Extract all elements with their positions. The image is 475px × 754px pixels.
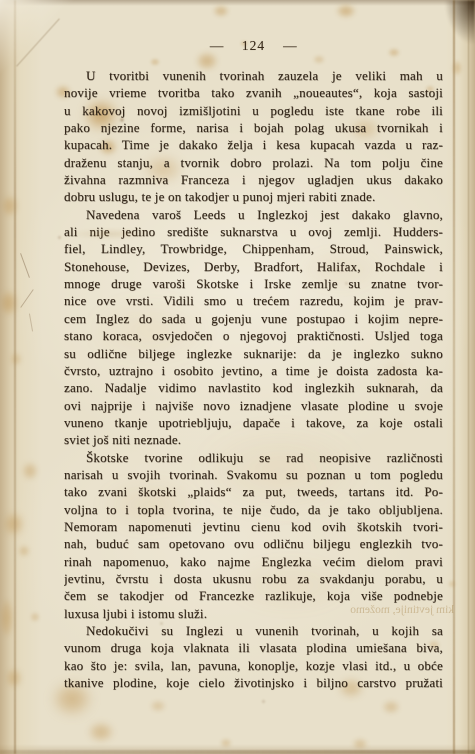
stain xyxy=(150,58,160,66)
text-line: jevtinu, čvrstu i dosta ukusnu robu za s… xyxy=(64,570,443,587)
text-line: cem Inglez do sada u gojenju vune postup… xyxy=(64,310,443,327)
stain xyxy=(213,5,229,17)
stain xyxy=(336,4,356,18)
page-text: U tvoritbi vunenih tvorinah zauzela je v… xyxy=(64,67,443,691)
text-line: nice ove vrsti. Vidili smo u trećem razr… xyxy=(64,292,443,309)
text-line: tako zvani škotski „plaids“ za put, twee… xyxy=(64,483,443,500)
text-line: kao što je: svila, lan, pavuna, konoplje… xyxy=(64,657,443,674)
book-page: —124— U tvoritbi vunenih tvorinah zauzel… xyxy=(0,0,475,754)
ink-speck xyxy=(58,236,61,239)
stain xyxy=(352,738,368,750)
stain xyxy=(313,55,325,64)
text-line: narisah u svojih tvorinah. Svakomu su po… xyxy=(64,466,443,483)
stain xyxy=(22,462,38,480)
stain xyxy=(448,580,456,588)
text-line: mnoge druge varoši Skotske i Irske zemlj… xyxy=(64,275,443,292)
text-line: novije vrieme tvoritba tako zvanih „noue… xyxy=(64,84,443,101)
ghost-smudge xyxy=(66,228,156,240)
text-line: vuneno tkanje upotriebljuju, dapače i ta… xyxy=(64,414,443,431)
folio-dash-right: — xyxy=(283,38,297,53)
page-number: 124 xyxy=(242,38,265,53)
text-line: stano koraca, osvjedočen o njegovoj prak… xyxy=(64,327,443,344)
text-line: kupacah. Time je dakako želja i kesa kup… xyxy=(64,136,443,153)
text-line: nah, buduć sam opetovano ovu odličnu bil… xyxy=(64,535,443,552)
text-line: U tvoritbi vunenih tvorinah zauzela je v… xyxy=(64,67,443,84)
paper-crack xyxy=(29,314,33,332)
dark-corner-top-right xyxy=(445,0,475,44)
text-line: zano. Nadalje vidimo navlastito kod ingl… xyxy=(64,379,443,396)
stain xyxy=(30,612,40,622)
text-line: vunom druga koja vlaknata ili vlasata pl… xyxy=(64,639,443,656)
text-line: Navedena varoš Leeds u Inglezkoj jest da… xyxy=(64,206,443,223)
stain xyxy=(0,598,14,638)
stain xyxy=(220,738,232,748)
text-line: ovi najprije i najviše novo iznadjene vl… xyxy=(64,397,443,414)
text-line: Škotske tvorine odlikuju se rad neopisiv… xyxy=(64,449,443,466)
text-line: voljna to i topla tvorina, te nije čudo,… xyxy=(64,501,443,518)
text-line: pako njezine forme, narisa i bojah polag… xyxy=(64,119,443,136)
page-edge-left xyxy=(14,0,16,754)
text-line: tkanive plodine, koje cielo životinjsko … xyxy=(64,674,443,691)
page-edge-right-outer xyxy=(468,0,469,754)
stain xyxy=(18,545,30,557)
text-line: čem se takodjer od Francezke razlikuje, … xyxy=(64,587,443,604)
stain xyxy=(2,195,18,217)
page-header: —124— xyxy=(64,38,443,56)
text-line: dobru uslugu, te je on takodjer u punoj … xyxy=(64,188,443,205)
paper-crack xyxy=(20,253,30,278)
page-edge-bottom xyxy=(0,750,475,754)
folio-dash-left: — xyxy=(210,38,224,53)
stain xyxy=(382,700,400,714)
stain xyxy=(452,60,462,76)
ink-speck xyxy=(262,700,265,703)
page-edge-right xyxy=(453,0,455,754)
fold-crease-line xyxy=(16,18,60,66)
stain xyxy=(4,512,24,536)
ghost-text-showthrough: kim jevtinije, možemo xyxy=(312,604,454,618)
stain xyxy=(150,700,166,712)
text-line: Stonehouse, Devizes, Derby, Bradfort, Ha… xyxy=(64,258,443,275)
text-line: živahna razmniva Franceza i njegov uglad… xyxy=(64,171,443,188)
text-line: su odlične biljege inglezke suknarije: d… xyxy=(64,345,443,362)
stain xyxy=(88,722,114,742)
paper-crack xyxy=(20,289,33,308)
stain xyxy=(10,352,22,366)
text-line: Nemoram napomenuti jevtinu cienu kod ovi… xyxy=(64,518,443,535)
text-line: čvrsto, uztrajno i osobito jevtino, a ti… xyxy=(64,362,443,379)
text-line: Nedokučivi su Inglezi u vunenih tvorinah… xyxy=(64,622,443,639)
text-line: draženu stanju, a tvornik dobro prolazi.… xyxy=(64,154,443,171)
text-line: sviet još niti neznade. xyxy=(64,431,443,448)
stain xyxy=(0,290,18,316)
text-line: u kakovoj novoj izmišljotini u pogledu i… xyxy=(64,102,443,119)
text-line: fiel, Lindley, Trowbridge, Chippenham, S… xyxy=(64,240,443,257)
text-line: rinah napomenuo, kako najme Englezka već… xyxy=(64,553,443,570)
stain xyxy=(6,668,22,688)
